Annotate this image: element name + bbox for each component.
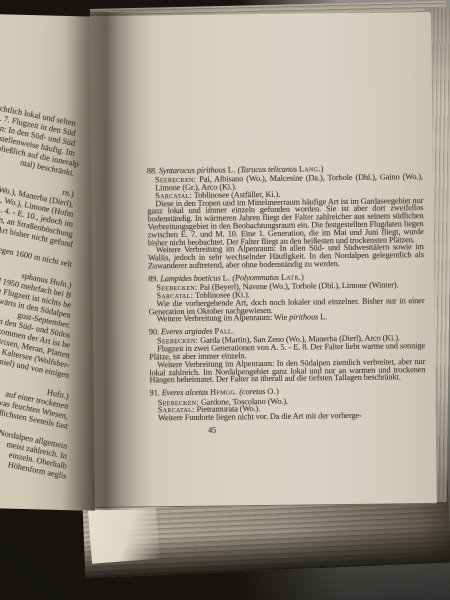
species-author: Hfmgg. — [210, 388, 237, 397]
species-number: 91. — [150, 388, 160, 397]
right-page-text: 88. Syntarucus pirithous L. (Tarucus tel… — [147, 164, 426, 435]
species-section-90: 90. Everes argiades Pall. Seebecken: Gar… — [149, 325, 426, 384]
species-name: Syntarucus pirithous — [159, 165, 226, 175]
section-paragraph: Weitere Fundorte liegen nicht vor. Da di… — [150, 411, 426, 422]
paragraph-text: Weitere Verbreitung im Alpenraum: Wie — [157, 313, 290, 324]
section-paragraph: Weitere Verbreitung im Alpenraum: In all… — [148, 244, 424, 271]
species-synonym: (Polyommatus — [232, 273, 279, 283]
species-number: 89. — [148, 274, 158, 283]
species-synonym: (coretas — [239, 387, 265, 396]
species-author: L. — [228, 165, 236, 174]
section-paragraph: Weitere Verbreitung im Alpenraum: Wie pi… — [149, 312, 425, 323]
paragraph-italic: pirithous — [289, 313, 318, 322]
species-number: 90. — [149, 327, 159, 336]
paragraph-text: L. — [318, 313, 327, 322]
species-section-89: 89. Lampides boeticus L. (Polyommatus La… — [148, 272, 425, 324]
species-section-91: 91. Everes alcetas Hfmgg. (coretas O.) S… — [150, 386, 426, 422]
section-paragraph: Diese in den Tropen und im Mittelmeerrau… — [147, 197, 424, 247]
species-synonym: (Tarucus telicanus — [238, 165, 298, 175]
page-number: 45 — [150, 424, 426, 435]
species-synonym-author: Lang.) — [299, 164, 324, 173]
species-author: Pall. — [214, 326, 234, 335]
species-section-88: 88. Syntarucus pirithous L. (Tarucus tel… — [147, 164, 424, 270]
species-name: Everes alcetas — [162, 388, 209, 398]
species-synonym-author: Latr.) — [281, 272, 304, 281]
species-name: Everes argiades — [161, 327, 213, 337]
species-name: Lampides boeticus — [160, 273, 220, 283]
section-paragraph: Weitere Verbreitung im Alpenraum: In den… — [149, 358, 425, 385]
right-page: 88. Syntarucus pirithous L. (Tarucus tel… — [89, 12, 437, 508]
species-number: 88. — [147, 166, 157, 175]
species-synonym-author: O.) — [267, 387, 279, 396]
book-photo: sichtlich lokal und selten A. 7. Flugzei… — [0, 0, 450, 600]
species-author: L. — [223, 273, 231, 282]
